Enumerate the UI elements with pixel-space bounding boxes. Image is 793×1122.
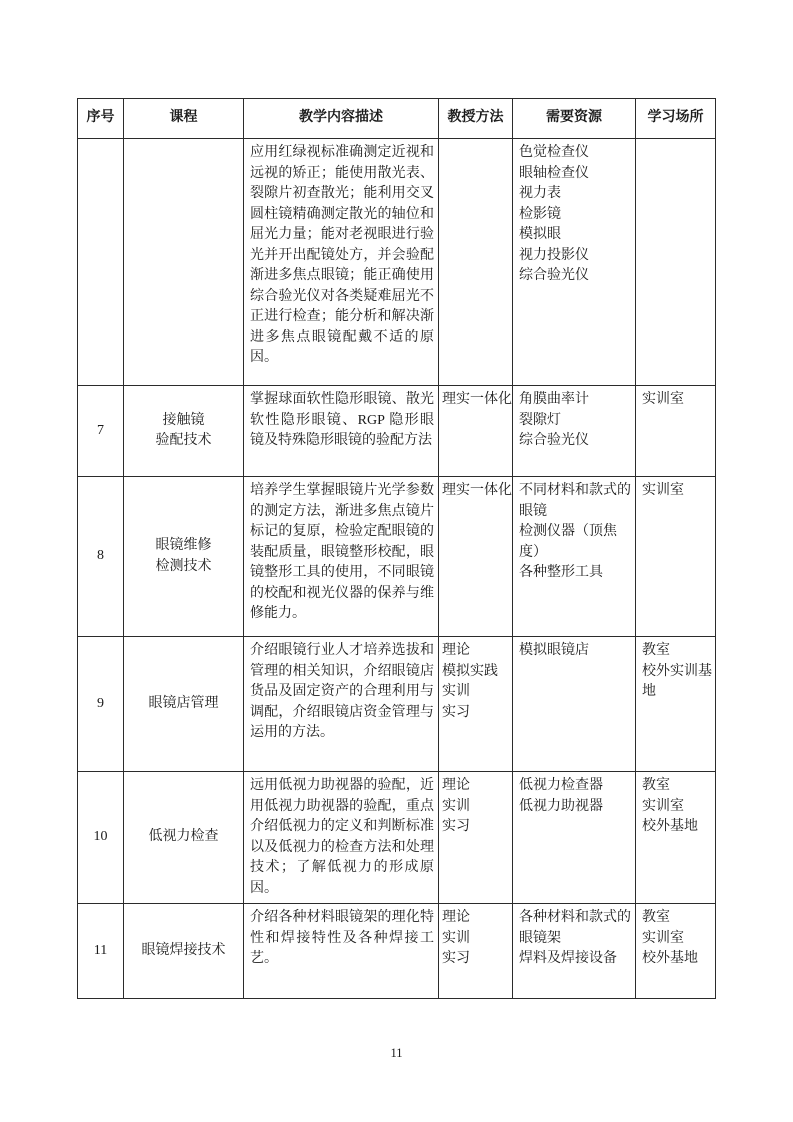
cell-learning-place: 实训室 — [636, 386, 716, 477]
cell-course-name: 接触镜 验配技术 — [124, 386, 244, 477]
table-row: 10 低视力检查 远用低视力助视器的验配，近用低视力助视器的验配，重点介绍低视力… — [78, 772, 716, 904]
cell-course-name — [124, 139, 244, 386]
cell-required-resources: 各种材料和款式的眼镜架 焊料及焊接设备 — [513, 904, 636, 999]
cell-teaching-method: 理论 实训 实习 — [439, 772, 513, 904]
header-cell-course: 课程 — [124, 99, 244, 139]
course-table-body: 应用红绿视标准确测定近视和远视的矫正；能使用散光表、裂隙片初查散光；能利用交叉圆… — [78, 139, 716, 999]
cell-course-name: 眼镜维修 检测技术 — [124, 477, 244, 637]
cell-learning-place: 教室 实训室 校外基地 — [636, 772, 716, 904]
cell-required-resources: 不同材料和款式的眼镜 检测仪器（顶焦度） 各种整形工具 — [513, 477, 636, 637]
cell-serial-number — [78, 139, 124, 386]
header-cell-no: 序号 — [78, 99, 124, 139]
cell-teaching-content: 掌握球面软性隐形眼镜、散光软性隐形眼镜、RGP 隐形眼镜及特殊隐形眼镜的验配方法 — [244, 386, 439, 477]
cell-learning-place: 教室 校外实训基地 — [636, 637, 716, 772]
cell-learning-place: 实训室 — [636, 477, 716, 637]
cell-required-resources: 色觉检查仪 眼轴检查仪 视力表 检影镜 模拟眼 视力投影仪 综合验光仪 — [513, 139, 636, 386]
cell-learning-place — [636, 139, 716, 386]
cell-teaching-method: 理论 模拟实践 实训 实习 — [439, 637, 513, 772]
cell-serial-number: 9 — [78, 637, 124, 772]
cell-required-resources: 角膜曲率计 裂隙灯 综合验光仪 — [513, 386, 636, 477]
cell-course-name: 眼镜店管理 — [124, 637, 244, 772]
cell-teaching-method: 理实一体化 — [439, 477, 513, 637]
cell-course-name: 低视力检查 — [124, 772, 244, 904]
cell-course-name: 眼镜焊接技术 — [124, 904, 244, 999]
cell-teaching-method: 理实一体化 — [439, 386, 513, 477]
table-row: 7 接触镜 验配技术 掌握球面软性隐形眼镜、散光软性隐形眼镜、RGP 隐形眼镜及… — [78, 386, 716, 477]
course-table-header: 序号 课程 教学内容描述 教授方法 需要资源 学习场所 — [78, 99, 716, 139]
cell-teaching-method: 理论 实训 实习 — [439, 904, 513, 999]
header-cell-description: 教学内容描述 — [244, 99, 439, 139]
cell-teaching-method — [439, 139, 513, 386]
cell-serial-number: 11 — [78, 904, 124, 999]
cell-required-resources: 低视力检查器 低视力助视器 — [513, 772, 636, 904]
cell-teaching-content: 介绍各种材料眼镜架的理化特性和焊接特性及各种焊接工艺。 — [244, 904, 439, 999]
cell-serial-number: 7 — [78, 386, 124, 477]
document-page: 序号 课程 教学内容描述 教授方法 需要资源 学习场所 应用红绿视标准确测定近视… — [0, 0, 793, 1122]
cell-required-resources: 模拟眼镜店 — [513, 637, 636, 772]
page-number: 11 — [0, 1046, 793, 1061]
cell-learning-place: 教室 实训室 校外基地 — [636, 904, 716, 999]
cell-teaching-content: 远用低视力助视器的验配，近用低视力助视器的验配，重点介绍低视力的定义和判断标准以… — [244, 772, 439, 904]
course-table: 序号 课程 教学内容描述 教授方法 需要资源 学习场所 应用红绿视标准确测定近视… — [77, 98, 716, 999]
cell-serial-number: 8 — [78, 477, 124, 637]
table-row: 11 眼镜焊接技术 介绍各种材料眼镜架的理化特性和焊接特性及各种焊接工艺。 理论… — [78, 904, 716, 999]
cell-teaching-content: 介绍眼镜行业人才培养选拔和管理的相关知识，介绍眼镜店货品及固定资产的合理利用与调… — [244, 637, 439, 772]
table-row: 应用红绿视标准确测定近视和远视的矫正；能使用散光表、裂隙片初查散光；能利用交叉圆… — [78, 139, 716, 386]
table-row: 8 眼镜维修 检测技术 培养学生掌握眼镜片光学参数的测定方法，渐进多焦点镜片标记… — [78, 477, 716, 637]
table-row: 9 眼镜店管理 介绍眼镜行业人才培养选拔和管理的相关知识，介绍眼镜店货品及固定资… — [78, 637, 716, 772]
cell-teaching-content: 应用红绿视标准确测定近视和远视的矫正；能使用散光表、裂隙片初查散光；能利用交叉圆… — [244, 139, 439, 386]
header-row: 序号 课程 教学内容描述 教授方法 需要资源 学习场所 — [78, 99, 716, 139]
cell-teaching-content: 培养学生掌握眼镜片光学参数的测定方法，渐进多焦点镜片标记的复原，检验定配眼镜的装… — [244, 477, 439, 637]
header-cell-location: 学习场所 — [636, 99, 716, 139]
header-cell-resources: 需要资源 — [513, 99, 636, 139]
header-cell-method: 教授方法 — [439, 99, 513, 139]
cell-serial-number: 10 — [78, 772, 124, 904]
